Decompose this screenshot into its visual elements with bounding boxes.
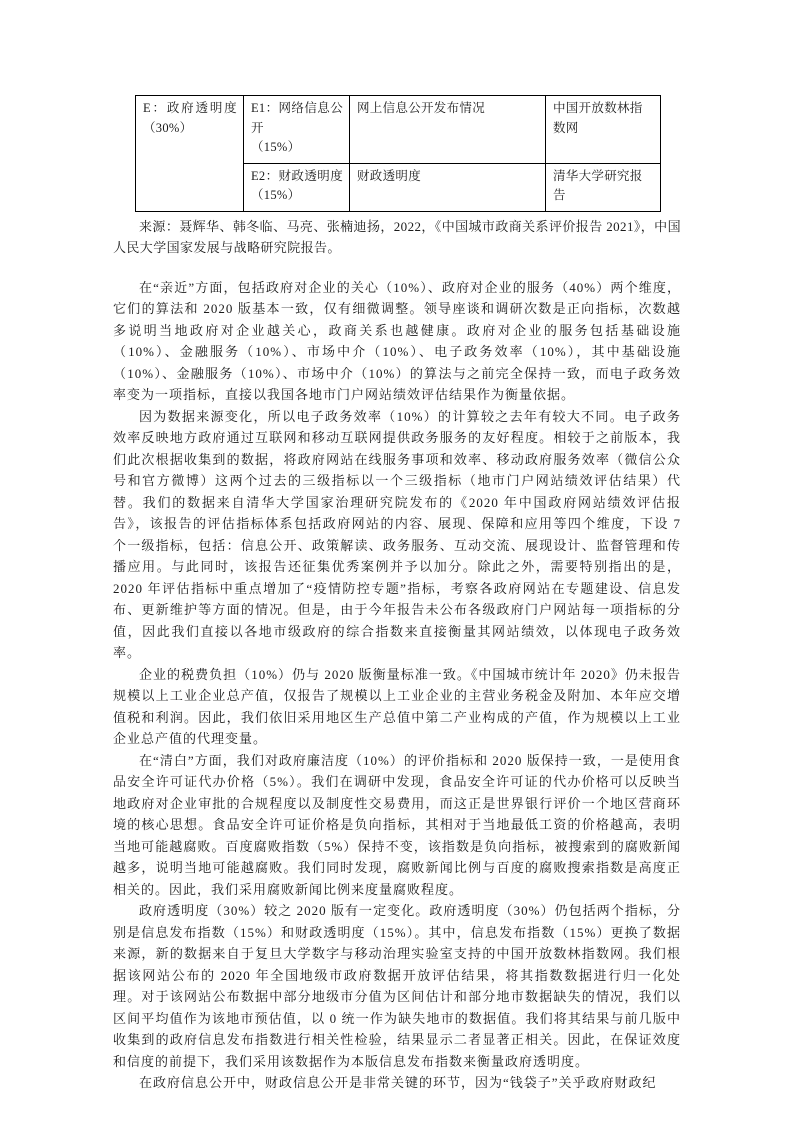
indicator-table: E：政府透明度 （30%） E1：网络信息公开 （15%） 网上信息公开发布情况… — [135, 95, 661, 212]
table-cell-source-e2: 清华大学研究报告 — [546, 163, 661, 211]
page-content: E：政府透明度 （30%） E1：网络信息公开 （15%） 网上信息公开发布情况… — [113, 95, 681, 1094]
body-paragraph: 在“清白”方面，我们对政府廉洁度（10%）的评价指标和 2020 版保持一致，一… — [113, 750, 681, 901]
dimension-weight: （30%） — [143, 119, 237, 139]
table-cell-description-e2: 财政透明度 — [350, 163, 546, 211]
indicator-e1-label: E1：网络信息公开 — [251, 99, 343, 138]
table-cell-indicator-e1: E1：网络信息公开 （15%） — [244, 96, 350, 164]
table-cell-dimension: E：政府透明度 （30%） — [136, 96, 244, 212]
body-paragraph: 因为数据来源变化，所以电子政务效率（10%）的计算较之去年有较大不同。电子政务效… — [113, 406, 681, 664]
body-paragraph: 政府透明度（30%）较之 2020 版有一定变化。政府透明度（30%）仍包括两个… — [113, 900, 681, 1072]
dimension-label: E：政府透明度 — [143, 99, 237, 119]
indicator-e2-label: E2：财政透明度 — [251, 167, 343, 187]
body-text: 在“亲近”方面，包括政府对企业的关心（10%）、政府对企业的服务（40%）两个维… — [113, 277, 681, 1094]
indicator-e2-weight: （15%） — [251, 186, 343, 206]
table-row: E：政府透明度 （30%） E1：网络信息公开 （15%） 网上信息公开发布情况… — [136, 96, 661, 164]
body-paragraph: 企业的税费负担（10%）仍与 2020 版衡量标准一致。《中国城市统计年 202… — [113, 664, 681, 750]
table-cell-indicator-e2: E2：财政透明度 （15%） — [244, 163, 350, 211]
table-source-note: 来源：聂辉华、韩冬临、马亮、张楠迪扬，2022，《中国城市政商关系评价报告 20… — [113, 216, 681, 259]
indicator-e1-weight: （15%） — [251, 138, 343, 158]
table-cell-source-e1: 中国开放数林指数网 — [546, 96, 661, 164]
body-paragraph: 在政府信息公开中，财政信息公开是非常关键的环节，因为“钱袋子”关乎政府财政纪 — [113, 1072, 681, 1094]
table-cell-description-e1: 网上信息公开发布情况 — [350, 96, 546, 164]
body-paragraph: 在“亲近”方面，包括政府对企业的关心（10%）、政府对企业的服务（40%）两个维… — [113, 277, 681, 406]
document-page: E：政府透明度 （30%） E1：网络信息公开 （15%） 网上信息公开发布情况… — [0, 0, 793, 1122]
